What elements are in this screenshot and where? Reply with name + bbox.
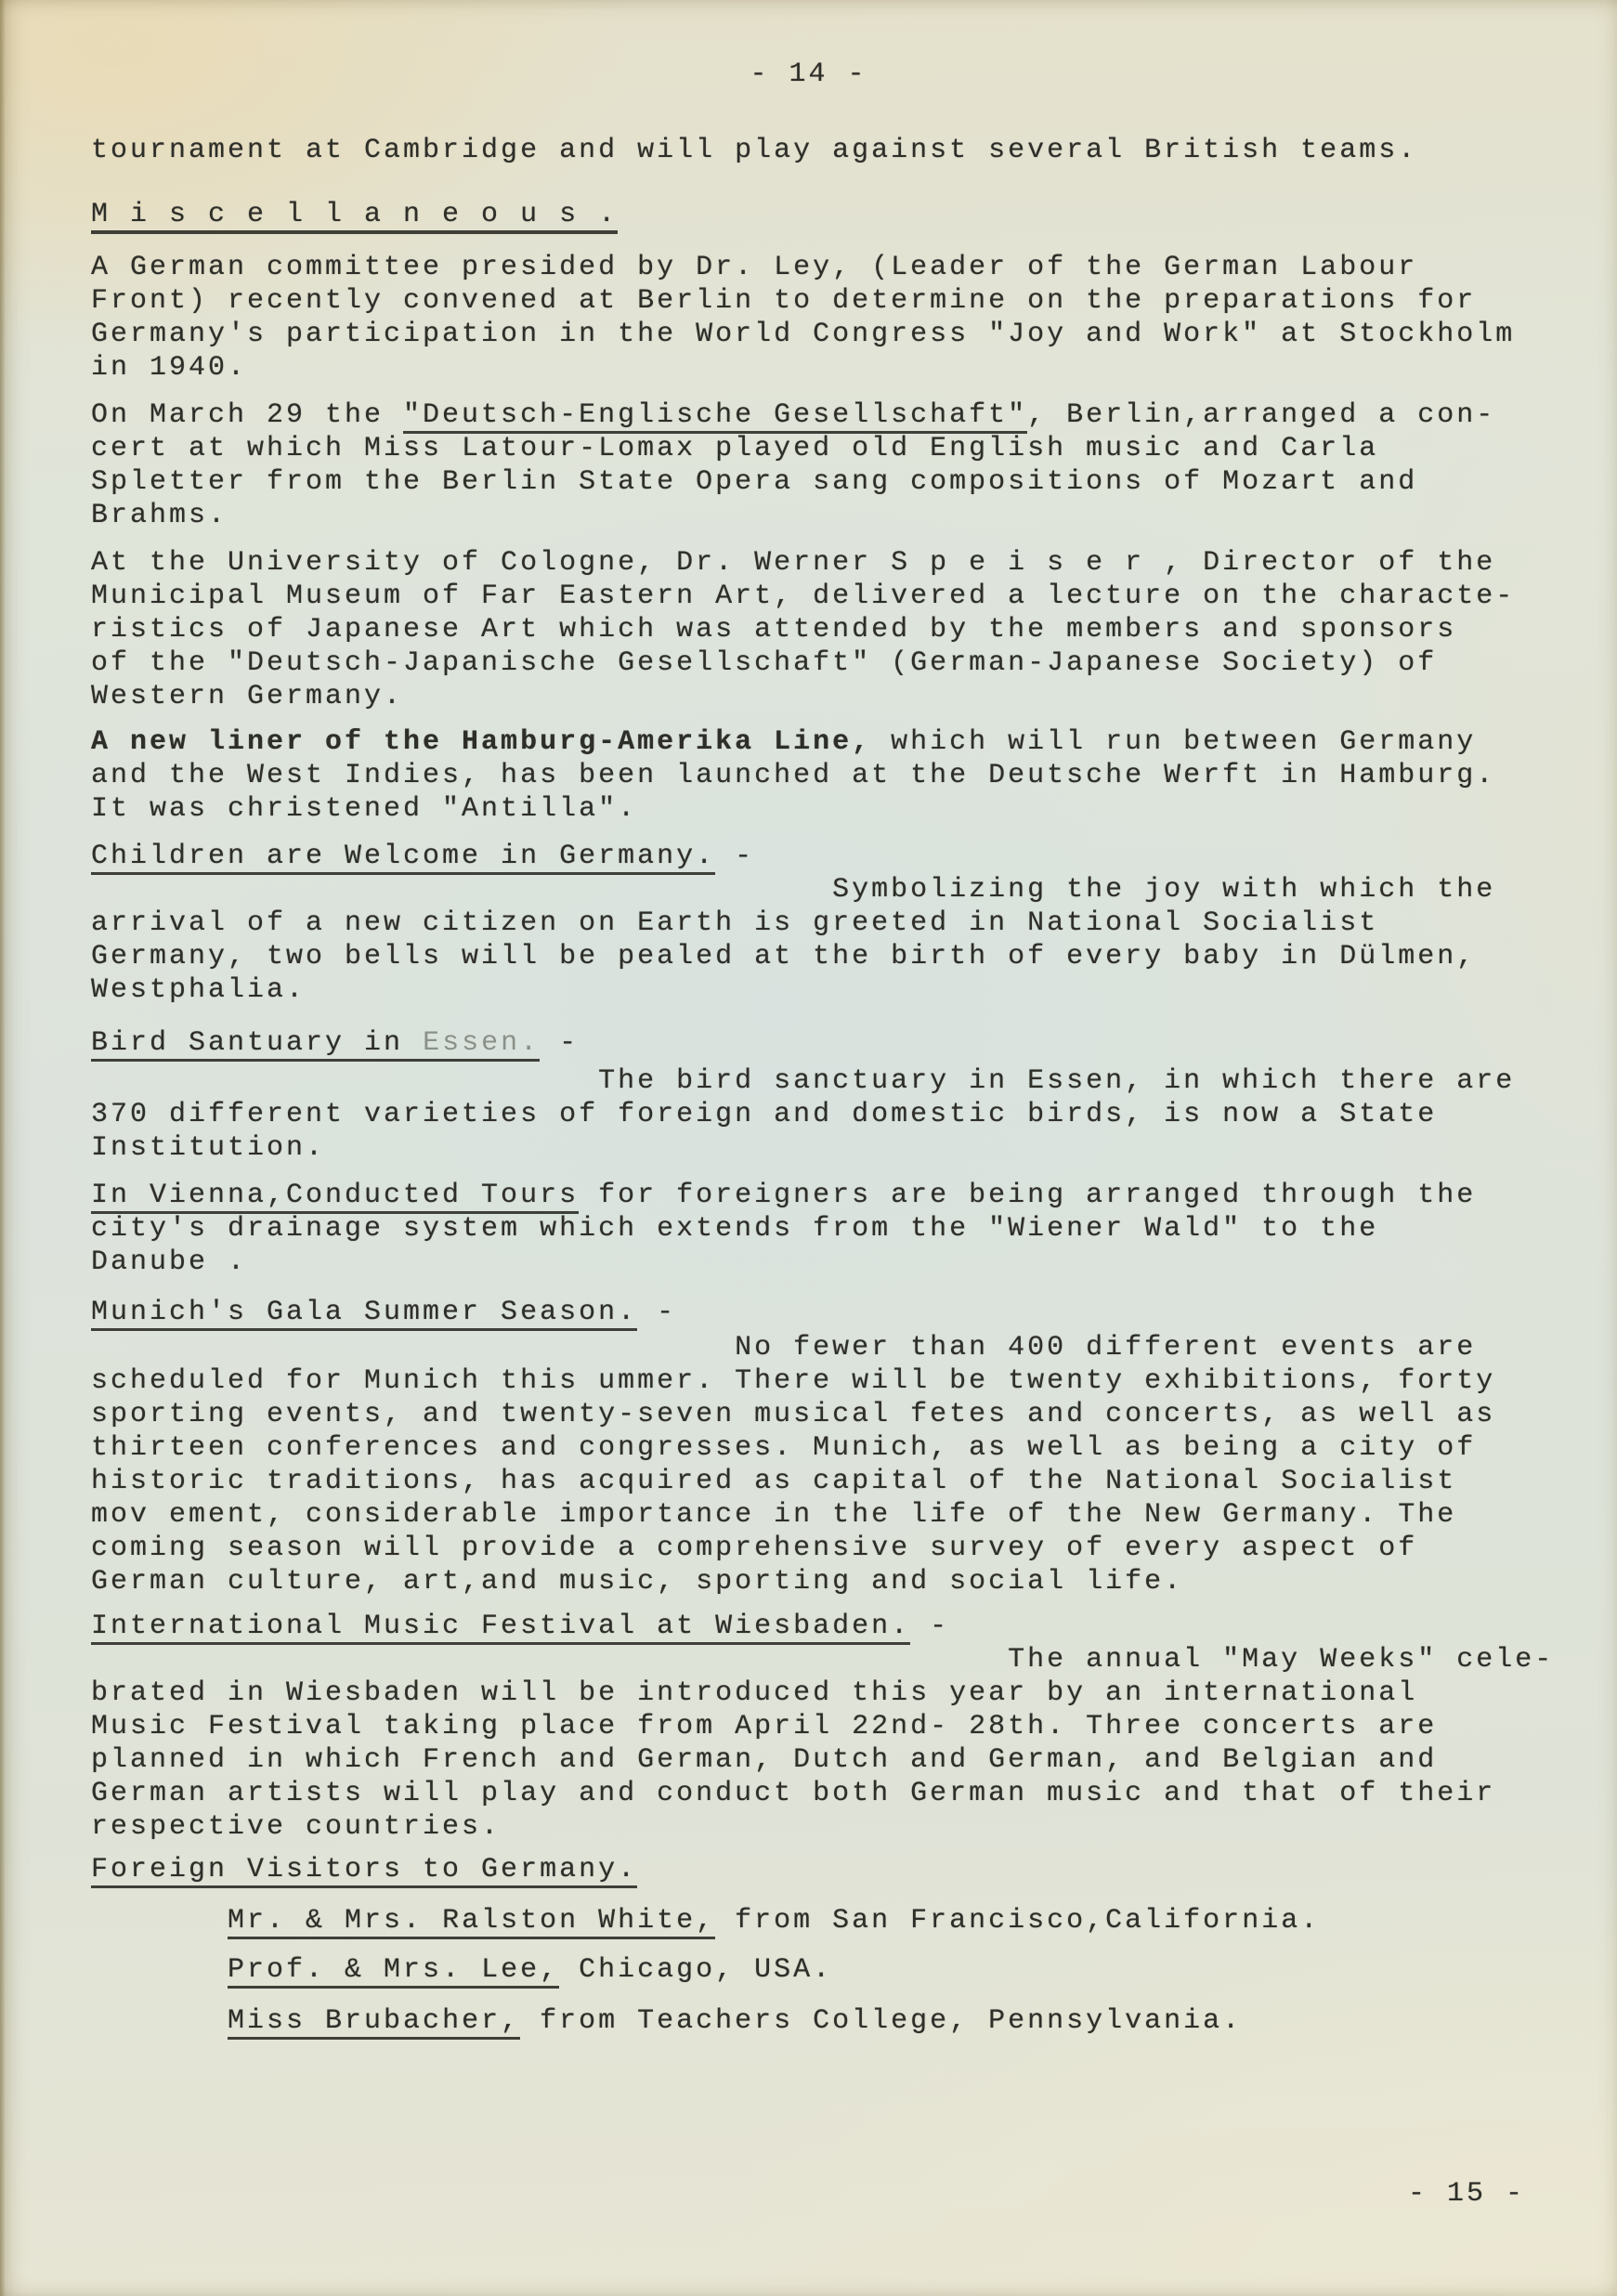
text-line: historic traditions, has acquired as cap… <box>91 1465 1568 1498</box>
text-line: International Music Festival at Wiesbade… <box>91 1610 1568 1643</box>
paragraph: Prof. & Mrs. Lee, Chicago, USA. <box>91 1953 1568 1987</box>
text-segment: respective countries. <box>91 1811 501 1843</box>
text-segment: scheduled for Munich this ummer. There w… <box>91 1365 1495 1397</box>
text-line: Municipal Museum of Far Eastern Art, del… <box>91 580 1568 613</box>
text-line: Symbolizing the joy with which the <box>91 873 1568 907</box>
text-segment: arrival of a new citizen on Earth is gre… <box>91 907 1378 939</box>
text-line: Mr. & Mrs. Ralston White, from San Franc… <box>91 1904 1568 1937</box>
paragraph: At the University of Cologne, Dr. Werner… <box>91 546 1568 713</box>
text-line: Foreign Visitors to Germany. <box>91 1853 1568 1886</box>
indent-spacer <box>91 1905 228 1937</box>
section-heading: International Music Festival at Wiesbade… <box>91 1610 1568 1643</box>
text-line: Westphalia. <box>91 973 1568 1007</box>
section-heading: M i s c e l l a n e o u s . <box>91 198 1568 231</box>
underlined-text: M i s c e l l a n e o u s . <box>91 199 618 234</box>
text-line: German artists will play and conduct bot… <box>91 1777 1568 1810</box>
text-segment: , Berlin,arranged a con- <box>1027 399 1495 431</box>
text-line: Bird Santuary in Essen. - <box>91 1026 1568 1060</box>
document-page: - 14 - tournament at Cambridge and will … <box>0 0 1617 2296</box>
text-line: The bird sanctuary in Essen, in which th… <box>91 1064 1568 1098</box>
paragraph: The annual "May Weeks" cele-brated in Wi… <box>91 1643 1568 1844</box>
text-segment: from San Francisco,California. <box>715 1905 1320 1937</box>
text-segment: A German committee presided by Dr. Ley, … <box>91 252 1417 283</box>
bold-text: A new liner of the Hamburg-Amerika Line, <box>91 726 871 758</box>
text-line: tournament at Cambridge and will play ag… <box>91 134 1568 167</box>
text-line: German culture, art,and music, sporting … <box>91 1565 1568 1598</box>
text-line: Institution. <box>91 1131 1568 1165</box>
text-line: thirteen conferences and congresses. Mun… <box>91 1431 1568 1465</box>
indent-spacer <box>91 874 832 906</box>
text-segment: and the West Indies, has been launched a… <box>91 760 1495 791</box>
text-segment: city's drainage system which extends fro… <box>91 1213 1378 1245</box>
text-segment: for foreigners are being arranged throug… <box>579 1180 1476 1211</box>
paragraph: No fewer than 400 different events aresc… <box>91 1331 1568 1598</box>
text-segment: tournament at Cambridge and will play ag… <box>91 135 1417 166</box>
text-segment: - <box>715 841 754 872</box>
text-line: Munich's Gala Summer Season. - <box>91 1296 1568 1329</box>
text-segment: of the "Deutsch-Japanische Gesellschaft"… <box>91 647 1437 679</box>
text-line: Prof. & Mrs. Lee, Chicago, USA. <box>91 1953 1568 1987</box>
text-line: Danube . <box>91 1246 1568 1279</box>
text-segment: Brahms. <box>91 500 228 531</box>
text-line: No fewer than 400 different events are <box>91 1331 1568 1364</box>
text-segment: cert at which Miss Latour-Lomax played o… <box>91 433 1378 464</box>
text-line: in 1940. <box>91 351 1568 385</box>
paragraph: tournament at Cambridge and will play ag… <box>91 134 1568 167</box>
text-line: Germany, two bells will be pealed at the… <box>91 940 1568 973</box>
text-segment: Germany, two bells will be pealed at the… <box>91 941 1476 972</box>
underlined-text: In Vienna,Conducted Tours <box>91 1180 579 1214</box>
text-line: Germany's participation in the World Con… <box>91 318 1568 351</box>
section-heading: Children are Welcome in Germany. - <box>91 840 1568 873</box>
text-line: At the University of Cologne, Dr. Werner… <box>91 546 1568 580</box>
text-segment: brated in Wiesbaden will be introduced t… <box>91 1677 1417 1709</box>
text-line: M i s c e l l a n e o u s . <box>91 198 1568 231</box>
text-segment: coming season will provide a comprehensi… <box>91 1533 1417 1564</box>
text-segment: Institution. <box>91 1132 325 1164</box>
text-segment: - <box>910 1611 949 1642</box>
text-line: city's drainage system which extends fro… <box>91 1212 1568 1246</box>
underlined-text: Mr. & Mrs. Ralston White, <box>228 1905 715 1939</box>
text-segment: historic traditions, has acquired as cap… <box>91 1466 1456 1497</box>
text-line: respective countries. <box>91 1810 1568 1844</box>
text-line: brated in Wiesbaden will be introduced t… <box>91 1676 1568 1710</box>
text-segment: On March 29 the <box>91 399 403 431</box>
text-segment: - <box>540 1027 579 1059</box>
text-segment: No fewer than 400 different events are <box>735 1332 1476 1363</box>
indent-spacer <box>91 1332 735 1363</box>
text-segment: German artists will play and conduct bot… <box>91 1778 1495 1809</box>
indent-spacer <box>91 1954 228 1986</box>
text-segment: which will run between Germany <box>871 726 1476 758</box>
text-line: Brahms. <box>91 499 1568 532</box>
text-segment: German culture, art,and music, sporting … <box>91 1566 1183 1598</box>
underlined-text: Bird Santuary in <box>91 1027 423 1062</box>
paragraph: In Vienna,Conducted Tours for foreigners… <box>91 1179 1568 1279</box>
underlined-text: "Deutsch-Englische Gesellschaft" <box>403 399 1027 434</box>
indent-spacer <box>91 2005 228 2037</box>
text-line: Western Germany. <box>91 680 1568 713</box>
text-segment: Germany's participation in the World Con… <box>91 319 1515 350</box>
paragraph: Mr. & Mrs. Ralston White, from San Franc… <box>91 1904 1568 1937</box>
indent-spacer <box>91 1644 1008 1676</box>
text-line: sporting events, and twenty-seven musica… <box>91 1398 1568 1431</box>
text-line: and the West Indies, has been launched a… <box>91 759 1568 792</box>
text-segment: in 1940. <box>91 352 247 384</box>
text-line: coming season will provide a comprehensi… <box>91 1532 1568 1565</box>
text-line: A German committee presided by Dr. Ley, … <box>91 251 1568 284</box>
text-line: arrival of a new citizen on Earth is gre… <box>91 907 1568 940</box>
paragraph: A German committee presided by Dr. Ley, … <box>91 251 1568 385</box>
text-segment: Danube . <box>91 1246 247 1278</box>
paragraph: Miss Brubacher, from Teachers College, P… <box>91 2004 1568 2038</box>
text-segment: Westphalia. <box>91 974 306 1006</box>
text-segment: The bird sanctuary in Essen, in which th… <box>598 1065 1515 1097</box>
text-segment: planned in which French and German, Dutc… <box>91 1744 1437 1776</box>
text-segment: Municipal Museum of Far Eastern Art, del… <box>91 581 1515 612</box>
text-line: Children are Welcome in Germany. - <box>91 840 1568 873</box>
page-number-top: - 14 - <box>0 58 1617 91</box>
text-line: The annual "May Weeks" cele- <box>91 1643 1568 1676</box>
text-segment: Music Festival taking place from April 2… <box>91 1711 1437 1742</box>
underlined-text: International Music Festival at Wiesbade… <box>91 1611 910 1645</box>
section-heading: Foreign Visitors to Germany. <box>91 1853 1568 1886</box>
text-segment: thirteen conferences and congresses. Mun… <box>91 1432 1476 1464</box>
text-line: Front) recently convened at Berlin to de… <box>91 284 1568 318</box>
paragraph: A new liner of the Hamburg-Amerika Line,… <box>91 725 1568 826</box>
text-segment: mov ement, considerable importance in th… <box>91 1499 1456 1531</box>
indent-spacer <box>91 1065 598 1097</box>
text-segment: It was christened "Antilla". <box>91 793 637 825</box>
text-segment: Chicago, USA. <box>559 1954 832 1986</box>
text-line: Music Festival taking place from April 2… <box>91 1710 1568 1743</box>
page-number-bottom: - 15 - <box>1408 2177 1525 2211</box>
text-line: It was christened "Antilla". <box>91 792 1568 826</box>
text-segment: from Teachers College, Pennsylvania. <box>520 2005 1242 2037</box>
text-line: scheduled for Munich this ummer. There w… <box>91 1364 1568 1398</box>
text-segment: 370 different varieties of foreign and d… <box>91 1099 1437 1130</box>
text-line: In Vienna,Conducted Tours for foreigners… <box>91 1179 1568 1212</box>
underlined-text: Miss Brubacher, <box>228 2005 520 2040</box>
paragraph: Symbolizing the joy with which thearriva… <box>91 873 1568 1007</box>
text-segment: ristics of Japanese Art which was attend… <box>91 614 1456 646</box>
underlined-text: Munich's Gala Summer Season. <box>91 1297 637 1331</box>
text-segment: Spletter from the Berlin State Opera san… <box>91 466 1417 498</box>
text-segment: Front) recently convened at Berlin to de… <box>91 285 1476 317</box>
text-segment: Western Germany. <box>91 681 403 712</box>
text-segment: The annual "May Weeks" cele- <box>1008 1644 1554 1676</box>
text-segment: sporting events, and twenty-seven musica… <box>91 1399 1495 1430</box>
paragraph: On March 29 the "Deutsch-Englische Gesel… <box>91 398 1568 532</box>
underlined-text: Prof. & Mrs. Lee, <box>228 1954 559 1989</box>
text-line: On March 29 the "Deutsch-Englische Gesel… <box>91 398 1568 432</box>
text-line: cert at which Miss Latour-Lomax played o… <box>91 432 1568 465</box>
text-line: A new liner of the Hamburg-Amerika Line,… <box>91 725 1568 759</box>
text-line: ristics of Japanese Art which was attend… <box>91 613 1568 646</box>
text-line: 370 different varieties of foreign and d… <box>91 1098 1568 1131</box>
text-line: Spletter from the Berlin State Opera san… <box>91 465 1568 499</box>
text-line: Miss Brubacher, from Teachers College, P… <box>91 2004 1568 2038</box>
text-segment: Symbolizing the joy with which the <box>832 874 1495 906</box>
section-heading: Munich's Gala Summer Season. - <box>91 1296 1568 1329</box>
text-segment: At the University of Cologne, Dr. Werner… <box>91 547 1495 579</box>
document-body: tournament at Cambridge and will play ag… <box>91 134 1568 2038</box>
paragraph: The bird sanctuary in Essen, in which th… <box>91 1064 1568 1165</box>
underlined-text: Children are Welcome in Germany. <box>91 841 715 875</box>
text-line: planned in which French and German, Dutc… <box>91 1743 1568 1777</box>
underlined-text: Essen. <box>423 1027 540 1062</box>
underlined-text: Foreign Visitors to Germany. <box>91 1854 637 1888</box>
text-segment: - <box>637 1297 676 1328</box>
section-heading: Bird Santuary in Essen. - <box>91 1026 1568 1060</box>
text-line: of the "Deutsch-Japanische Gesellschaft"… <box>91 646 1568 680</box>
text-line: mov ement, considerable importance in th… <box>91 1498 1568 1532</box>
